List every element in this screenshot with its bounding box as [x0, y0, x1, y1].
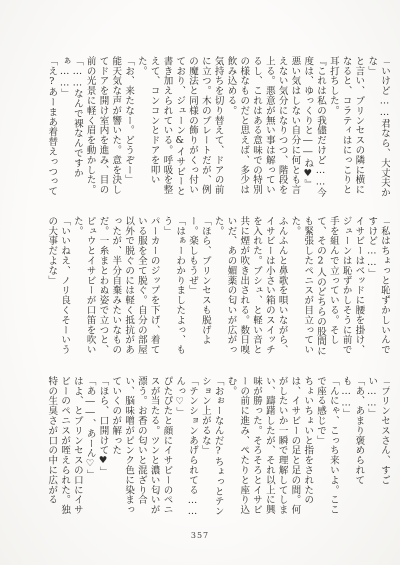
- paragraph: ぴたぴたと顔にイサビーのペニスが当たる。ツンと濃い匂いが漂う。お香の匂いと混ざり…: [108, 376, 172, 518]
- paragraph: はよ、とプリンセスの口にイサビーのペニスが咥えられた。独特の生臭さが口の中に広が…: [48, 376, 83, 518]
- paragraph: 「ほら、プリンセスも脱げよー。楽しもうぜ」: [185, 216, 211, 358]
- paragraph: 「私はちょっと恥ずかしいんですけど……」: [364, 216, 390, 358]
- paragraph: 『これは私の我儘だけど……今度は、ゆっくりと――ね♥』: [300, 56, 326, 198]
- paragraph: 「……なんで裸なんですかぁ……」: [57, 56, 83, 198]
- paragraph: 悪い気はしない自分に何とも言えない気分になりつつ、階段を上る。悪意が無い事は解っ…: [224, 56, 301, 198]
- paragraph: 「プリンセスさん、すごい……」: [364, 376, 390, 518]
- paragraph: 「テンションあげられてる……んっ♡」: [172, 376, 198, 518]
- text-band-top: 「いけど……君なら、大丈夫かな」 と言い、プリンセスの隣に横になると、コラティは…: [48, 56, 390, 198]
- text-band-middle: 「私はちょっと恥ずかしいんですけど……」 イサビーはベッドに腰を掛け、ジューンは…: [48, 216, 390, 358]
- paragraph: 「あ、あまり褒められても……」: [339, 376, 365, 518]
- paragraph: ちょいちょいと指をされたのは、イサビーの足と足の間。何がしたいか一瞬で理解してし…: [224, 376, 314, 518]
- paragraph: 「んにゃ、こっち来いよ。ここで座る感じで」: [313, 376, 339, 518]
- paragraph: 「あ――、あーん♡」: [83, 376, 96, 518]
- page-number: 357: [0, 531, 400, 540]
- paragraph: と言い、プリンセスの隣に横になると、コラティはにっこりと耳打ちした。: [326, 56, 364, 198]
- paragraph: 「いいねえ、ノリ良くそーいうの大事だよな」: [48, 216, 70, 358]
- paragraph: 「ほら、口開けて♥」: [96, 376, 109, 518]
- paragraph: 「いけど……君なら、大丈夫かな」: [364, 56, 390, 198]
- paragraph: イサビーはベッドに腰を掛け、ジューンは恥ずかしそうに前で手を組んで立っている。そ…: [288, 216, 365, 358]
- paragraph: ふんふんと鼻歌を唄いながら、イサビーは小さい箱のスイッチを入れた。ブシュ、と軽い…: [211, 216, 288, 358]
- paragraph: 「おぉーなんだ?ちょっとテンション上がるな」: [198, 376, 224, 518]
- novel-page: 「いけど……君なら、大丈夫かな」 と言い、プリンセスの隣に横になると、コラティは…: [0, 0, 400, 565]
- paragraph: パーカーのジップを下げ、着ている服を全て脱ぐ。自分の部屋以外で脱ぐのには軽く抵抗…: [70, 216, 160, 358]
- paragraph: 「はぁーわかりましたよっ、もう」: [160, 216, 186, 358]
- paragraph: 能天気な声が響いた。意を決してドアを開け室内を進み、目の前の光景に軽く眉を動かし…: [83, 56, 121, 198]
- paragraph: 「え?あーまあ着替えっつってもどうせ脱ぐんだし解ってんだろー。なぁ?」: [48, 56, 57, 198]
- paragraph: 気持ちを切り替えて、ドアの前に立つ。木のプレートだが、例の魔法と同様の飾りがくっ…: [134, 56, 224, 198]
- text-band-bottom: 「プリンセスさん、すごい……」 「あ、あまり褒められても……」 「んにゃ、こっち…: [48, 376, 390, 518]
- paragraph: 「お、来たなー。どうぞー」: [121, 56, 134, 198]
